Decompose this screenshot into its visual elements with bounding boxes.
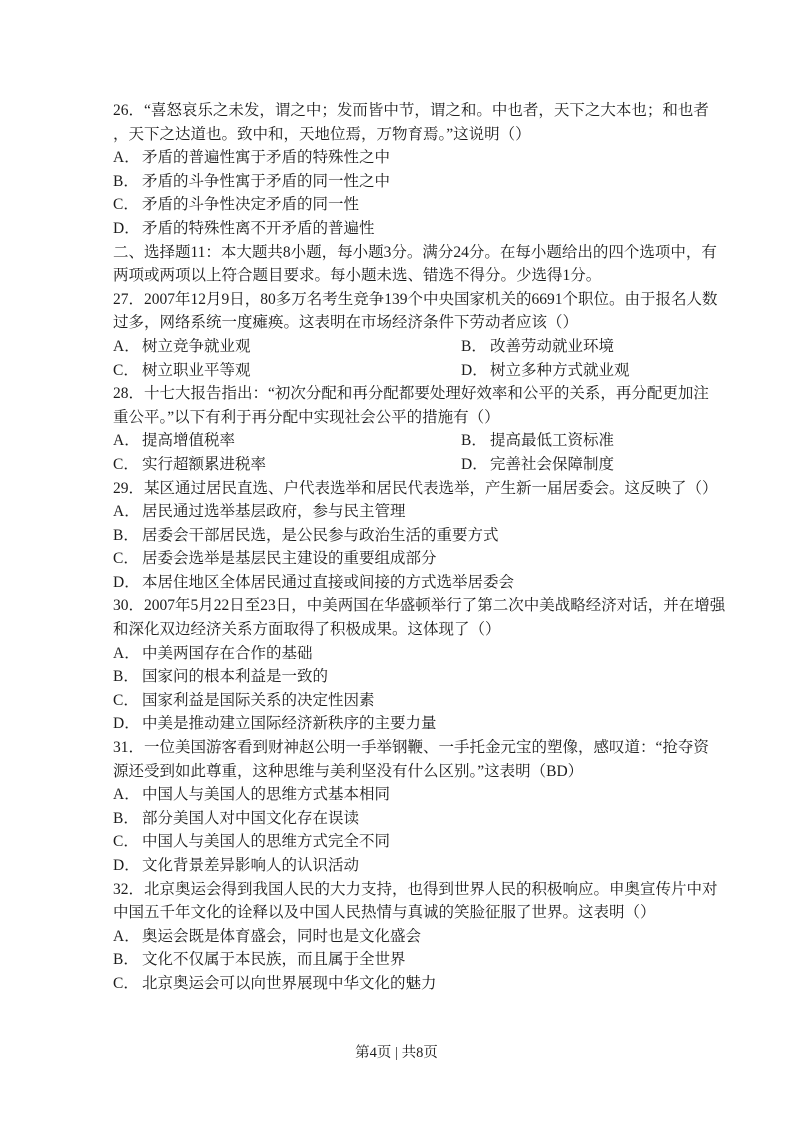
question-stem-line: 29．某区通过居民直选、户代表选举和居民代表选举，产生新一届居委会。这反映了（） bbox=[113, 477, 683, 501]
option: D．文化背景差异影响人的认识活动 bbox=[113, 854, 359, 878]
option-row: B．国家问的根本利益是一致的 bbox=[113, 665, 683, 689]
option-text: 文化不仅属于本民族，而且属于全世界 bbox=[142, 951, 406, 968]
page-footer: 第4页 | 共8页 bbox=[0, 1041, 793, 1062]
option-label: B． bbox=[461, 335, 490, 359]
option-row: B．文化不仅属于本民族，而且属于全世界 bbox=[113, 948, 683, 972]
option-label: D． bbox=[461, 453, 490, 477]
question-stem-line: 源还受到如此尊重，这种思维与美利坚没有什么区别。”这表明（BD） bbox=[113, 760, 683, 784]
option: C．矛盾的斗争性决定矛盾的同一性 bbox=[113, 193, 359, 217]
option-label: D． bbox=[113, 571, 142, 595]
option: D．中美是推动建立国际经济新秩序的主要力量 bbox=[113, 712, 437, 736]
question-31: 31．一位美国游客看到财神赵公明一手举钢鞭、一手托金元宝的塑像，感叹道：“抢夺资… bbox=[113, 736, 683, 878]
option-label: A． bbox=[113, 642, 142, 666]
option-label: C． bbox=[113, 689, 142, 713]
exam-content: 26．“喜怒哀乐之未发，谓之中；发而皆中节，谓之和。中也者，天下之大本也；和也者… bbox=[113, 99, 683, 996]
option: B．居委会干部居民选，是公民参与政治生活的重要方式 bbox=[113, 524, 499, 548]
option-label: C． bbox=[113, 359, 142, 383]
option-text: 中国人与美国人的思维方式基本相同 bbox=[142, 786, 390, 803]
option-text: 改善劳动就业环境 bbox=[490, 338, 614, 355]
option-row: D．中美是推动建立国际经济新秩序的主要力量 bbox=[113, 712, 683, 736]
question-28: 28．十七大报告指出：“初次分配和再分配都要处理好效率和公平的关系，再分配更加注… bbox=[113, 382, 683, 476]
option-text: 北京奥运会可以向世界展现中华文化的魅力 bbox=[142, 975, 437, 992]
option-text: 居委会选举是基层民主建设的重要组成部分 bbox=[142, 550, 437, 567]
option-label: A． bbox=[113, 500, 142, 524]
section-header-line: 两项或两项以上符合题目要求。每小题未选、错选不得分。少选得1分。 bbox=[113, 264, 683, 288]
option-label: C． bbox=[113, 972, 142, 996]
option: A．树立竞争就业观 bbox=[113, 335, 251, 359]
question-30: 30．2007年5月22日至23日，中美两国在华盛顿举行了第二次中美战略经济对话… bbox=[113, 594, 683, 736]
option-label: B． bbox=[113, 807, 142, 831]
option-label: B． bbox=[461, 429, 490, 453]
option-label: A． bbox=[113, 146, 142, 170]
option-label: D． bbox=[113, 712, 142, 736]
option-row: D．矛盾的特殊性离不开矛盾的普遍性 bbox=[113, 217, 683, 241]
option-label: B． bbox=[113, 170, 142, 194]
page-number-text: 第4页 | 共8页 bbox=[355, 1045, 438, 1061]
option-text: 奥运会既是体育盛会，同时也是文化盛会 bbox=[142, 928, 421, 945]
option: D．树立多种方式就业观 bbox=[461, 359, 630, 383]
option: D．完善社会保障制度 bbox=[461, 453, 614, 477]
option: B．改善劳动就业环境 bbox=[461, 335, 614, 359]
option: C．国家利益是国际关系的决定性因素 bbox=[113, 689, 375, 713]
option: B．矛盾的斗争性寓于矛盾的同一性之中 bbox=[113, 170, 390, 194]
question-stem-line: 和深化双边经济关系方面取得了积极成果。这体现了（） bbox=[113, 618, 683, 642]
option-text: 部分美国人对中国文化存在误读 bbox=[142, 810, 359, 827]
option-label: B． bbox=[113, 948, 142, 972]
question-29: 29．某区通过居民直选、户代表选举和居民代表选举，产生新一届居委会。这反映了（）… bbox=[113, 477, 683, 595]
option-text: 提高最低工资标准 bbox=[490, 432, 614, 449]
option-label: A． bbox=[113, 429, 142, 453]
question-stem-line: 30．2007年5月22日至23日，中美两国在华盛顿举行了第二次中美战略经济对话… bbox=[113, 594, 683, 618]
question-stem-line: 过多，网络系统一度瘫痪。这表明在市场经济条件下劳动者应该（） bbox=[113, 311, 683, 335]
option-text: 完善社会保障制度 bbox=[490, 456, 614, 473]
option: B．部分美国人对中国文化存在误读 bbox=[113, 807, 359, 831]
option-row: A．中国人与美国人的思维方式基本相同 bbox=[113, 783, 683, 807]
question-32: 32．北京奥运会得到我国人民的大力支持，也得到世界人民的积极响应。申奥宣传片中对… bbox=[113, 878, 683, 996]
option-text: 提高增值税率 bbox=[142, 432, 235, 449]
question-stem-line: 31．一位美国游客看到财神赵公明一手举钢鞭、一手托金元宝的塑像，感叹道：“抢夺资 bbox=[113, 736, 683, 760]
option-text: 树立竞争就业观 bbox=[142, 338, 251, 355]
question-stem-line: 28．十七大报告指出：“初次分配和再分配都要处理好效率和公平的关系，再分配更加注 bbox=[113, 382, 683, 406]
question-stem-line: ，天下之达道也。致中和，天地位焉，万物育焉。”这说明（） bbox=[113, 123, 683, 147]
question-stem-line: 27．2007年12月9日，80多万名考生竞争139个中央国家机关的6691个职… bbox=[113, 288, 683, 312]
option-row: A．树立竞争就业观B．改善劳动就业环境 bbox=[113, 335, 683, 359]
option-row: C．矛盾的斗争性决定矛盾的同一性 bbox=[113, 193, 683, 217]
option-row: A．提高增值税率B．提高最低工资标准 bbox=[113, 429, 683, 453]
option: D．本居住地区全体居民通过直接或间接的方式选举居委会 bbox=[113, 571, 514, 595]
option-label: A． bbox=[113, 783, 142, 807]
question-stem-line: 26．“喜怒哀乐之未发，谓之中；发而皆中节，谓之和。中也者，天下之大本也；和也者 bbox=[113, 99, 683, 123]
option: D．矛盾的特殊性离不开矛盾的普遍性 bbox=[113, 217, 375, 241]
option-text: 中美是推动建立国际经济新秩序的主要力量 bbox=[142, 715, 437, 732]
option-row: B．居委会干部居民选，是公民参与政治生活的重要方式 bbox=[113, 524, 683, 548]
option-text: 矛盾的普遍性寓于矛盾的特殊性之中 bbox=[142, 149, 390, 166]
option-row: C．北京奥运会可以向世界展现中华文化的魅力 bbox=[113, 972, 683, 996]
option-text: 树立多种方式就业观 bbox=[490, 362, 630, 379]
option: A．居民通过选举基层政府，参与民主管理 bbox=[113, 500, 406, 524]
option-row: A．矛盾的普遍性寓于矛盾的特殊性之中 bbox=[113, 146, 683, 170]
option-text: 国家问的根本利益是一致的 bbox=[142, 668, 328, 685]
option-row: C．树立职业平等观D．树立多种方式就业观 bbox=[113, 359, 683, 383]
option: C．实行超额累进税率 bbox=[113, 453, 266, 477]
option-text: 矛盾的斗争性寓于矛盾的同一性之中 bbox=[142, 173, 390, 190]
option: C．居委会选举是基层民主建设的重要组成部分 bbox=[113, 547, 437, 571]
option-row: A．奥运会既是体育盛会，同时也是文化盛会 bbox=[113, 925, 683, 949]
option-label: D． bbox=[113, 217, 142, 241]
option-text: 中美两国存在合作的基础 bbox=[142, 645, 313, 662]
option: B．国家问的根本利益是一致的 bbox=[113, 665, 328, 689]
option-text: 本居住地区全体居民通过直接或间接的方式选举居委会 bbox=[142, 574, 514, 591]
option-row: A．居民通过选举基层政府，参与民主管理 bbox=[113, 500, 683, 524]
question-26: 26．“喜怒哀乐之未发，谓之中；发而皆中节，谓之和。中也者，天下之大本也；和也者… bbox=[113, 99, 683, 241]
option-row: D．文化背景差异影响人的认识活动 bbox=[113, 854, 683, 878]
question-stem-line: 32．北京奥运会得到我国人民的大力支持，也得到世界人民的积极响应。申奥宣传片中对 bbox=[113, 878, 683, 902]
option-label: C． bbox=[113, 453, 142, 477]
option: C．中国人与美国人的思维方式完全不同 bbox=[113, 830, 390, 854]
option-text: 居委会干部居民选，是公民参与政治生活的重要方式 bbox=[142, 527, 499, 544]
option-label: A． bbox=[113, 335, 142, 359]
option-text: 文化背景差异影响人的认识活动 bbox=[142, 857, 359, 874]
option-row: C．中国人与美国人的思维方式完全不同 bbox=[113, 830, 683, 854]
section-2-header: 二、选择题11：本大题共8小题，每小题3分。满分24分。在每小题给出的四个选项中… bbox=[113, 241, 683, 288]
option-row: C．国家利益是国际关系的决定性因素 bbox=[113, 689, 683, 713]
option: A．奥运会既是体育盛会，同时也是文化盛会 bbox=[113, 925, 421, 949]
option: A．提高增值税率 bbox=[113, 429, 235, 453]
option-text: 中国人与美国人的思维方式完全不同 bbox=[142, 833, 390, 850]
option-row: B．矛盾的斗争性寓于矛盾的同一性之中 bbox=[113, 170, 683, 194]
option: C．树立职业平等观 bbox=[113, 359, 251, 383]
option-row: A．中美两国存在合作的基础 bbox=[113, 642, 683, 666]
option: C．北京奥运会可以向世界展现中华文化的魅力 bbox=[113, 972, 437, 996]
option: A．矛盾的普遍性寓于矛盾的特殊性之中 bbox=[113, 146, 390, 170]
option-label: C． bbox=[113, 830, 142, 854]
option-label: C． bbox=[113, 547, 142, 571]
exam-document-page: 26．“喜怒哀乐之未发，谓之中；发而皆中节，谓之和。中也者，天下之大本也；和也者… bbox=[0, 0, 793, 1122]
option-label: D． bbox=[461, 359, 490, 383]
option-text: 居民通过选举基层政府，参与民主管理 bbox=[142, 503, 406, 520]
option-text: 矛盾的斗争性决定矛盾的同一性 bbox=[142, 196, 359, 213]
option-text: 实行超额累进税率 bbox=[142, 456, 266, 473]
option: A．中美两国存在合作的基础 bbox=[113, 642, 313, 666]
option-text: 矛盾的特殊性离不开矛盾的普遍性 bbox=[142, 220, 375, 237]
question-27: 27．2007年12月9日，80多万名考生竞争139个中央国家机关的6691个职… bbox=[113, 288, 683, 382]
question-stem-line: 中国五千年文化的诠释以及中国人民热情与真诚的笑脸征服了世界。这表明（） bbox=[113, 901, 683, 925]
option-row: C．居委会选举是基层民主建设的重要组成部分 bbox=[113, 547, 683, 571]
option-label: B． bbox=[113, 665, 142, 689]
option-label: C． bbox=[113, 193, 142, 217]
option-text: 树立职业平等观 bbox=[142, 362, 251, 379]
option-row: D．本居住地区全体居民通过直接或间接的方式选举居委会 bbox=[113, 571, 683, 595]
option-row: B．部分美国人对中国文化存在误读 bbox=[113, 807, 683, 831]
option-text: 国家利益是国际关系的决定性因素 bbox=[142, 692, 375, 709]
question-stem-line: 重公平。”以下有利于再分配中实现社会公平的措施有（） bbox=[113, 406, 683, 430]
option-label: A． bbox=[113, 925, 142, 949]
section-header-line: 二、选择题11：本大题共8小题，每小题3分。满分24分。在每小题给出的四个选项中… bbox=[113, 241, 683, 265]
option: B．文化不仅属于本民族，而且属于全世界 bbox=[113, 948, 406, 972]
option-row: C．实行超额累进税率D．完善社会保障制度 bbox=[113, 453, 683, 477]
option-label: D． bbox=[113, 854, 142, 878]
option: A．中国人与美国人的思维方式基本相同 bbox=[113, 783, 390, 807]
option: B．提高最低工资标准 bbox=[461, 429, 614, 453]
option-label: B． bbox=[113, 524, 142, 548]
